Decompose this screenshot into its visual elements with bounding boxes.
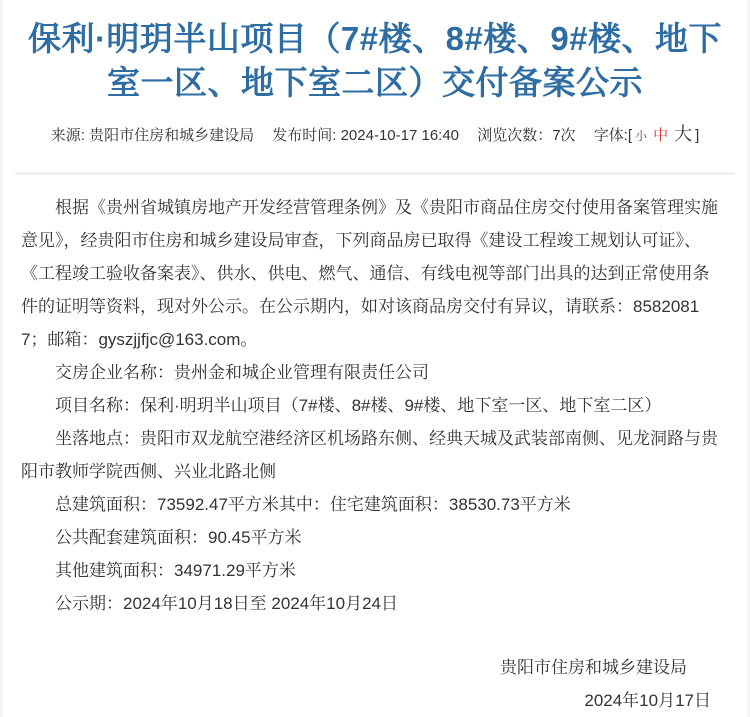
- meta-source: 来源: 贵阳市住房和城乡建设局: [51, 127, 254, 144]
- font-size-bracket-close: ]: [695, 127, 699, 144]
- meta-source-label: 来源:: [51, 127, 85, 144]
- font-size-bracket-open: [: [628, 127, 632, 144]
- page-title: 保利·明玥半山项目（7#楼、8#楼、9#楼、地下室一区、地下室二区）交付备案公示: [17, 17, 733, 105]
- article-page: 保利·明玥半山项目（7#楼、8#楼、9#楼、地下室一区、地下室二区）交付备案公示…: [0, 0, 750, 717]
- meta-publish-value: 2024-10-17 16:40: [341, 127, 459, 144]
- article-meta-bar: 来源: 贵阳市住房和城乡建设局 发布时间: 2024-10-17 16:40 浏…: [3, 120, 747, 146]
- paragraph-total-area: 总建筑面积：73592.47平方米其中：住宅建筑面积：38530.73平方米: [21, 488, 725, 521]
- article-body: 根据《贵州省城镇房地产开发经营管理条例》及《贵阳市商品住房交付使用备案管理实施意…: [3, 175, 747, 717]
- font-size-small-button[interactable]: 小: [635, 129, 647, 143]
- footer-date: 2024年10月17日: [21, 684, 725, 717]
- footer-organization: 贵阳市住房和城乡建设局: [21, 651, 725, 684]
- meta-views-value: 7次: [552, 127, 575, 144]
- font-size-label: 字体:: [594, 127, 628, 144]
- meta-view-count: 浏览次数：7次: [477, 127, 575, 144]
- font-size-widget: 字体:[小中大]: [594, 127, 700, 144]
- paragraph-delivery-company: 交房企业名称：贵州金和城企业管理有限责任公司: [21, 356, 725, 389]
- paragraph-publicity-period: 公示期：2024年10月18日至 2024年10月24日: [21, 587, 725, 620]
- meta-publish-label: 发布时间:: [272, 127, 336, 144]
- paragraph-location: 坐落地点：贵阳市双龙航空港经济区机场路东侧、经典天城及武装部南侧、见龙洞路与贵阳…: [21, 422, 725, 488]
- meta-source-value: 贵阳市住房和城乡建设局: [89, 127, 254, 144]
- paragraph-intro: 根据《贵州省城镇房地产开发经营管理条例》及《贵阳市商品住房交付使用备案管理实施意…: [21, 191, 725, 356]
- font-size-medium-button[interactable]: 中: [653, 127, 668, 144]
- meta-views-label: 浏览次数：: [477, 127, 552, 144]
- meta-publish-time: 发布时间: 2024-10-17 16:40: [272, 127, 459, 144]
- paragraph-public-area: 公共配套建筑面积：90.45平方米: [21, 521, 725, 554]
- article-footer: 贵阳市住房和城乡建设局 2024年10月17日: [21, 651, 725, 717]
- font-size-large-button[interactable]: 大: [674, 124, 692, 144]
- paragraph-project-name: 项目名称：保利·明玥半山项目（7#楼、8#楼、9#楼、地下室一区、地下室二区）: [21, 389, 725, 422]
- paragraph-other-area: 其他建筑面积：34971.29平方米: [21, 554, 725, 587]
